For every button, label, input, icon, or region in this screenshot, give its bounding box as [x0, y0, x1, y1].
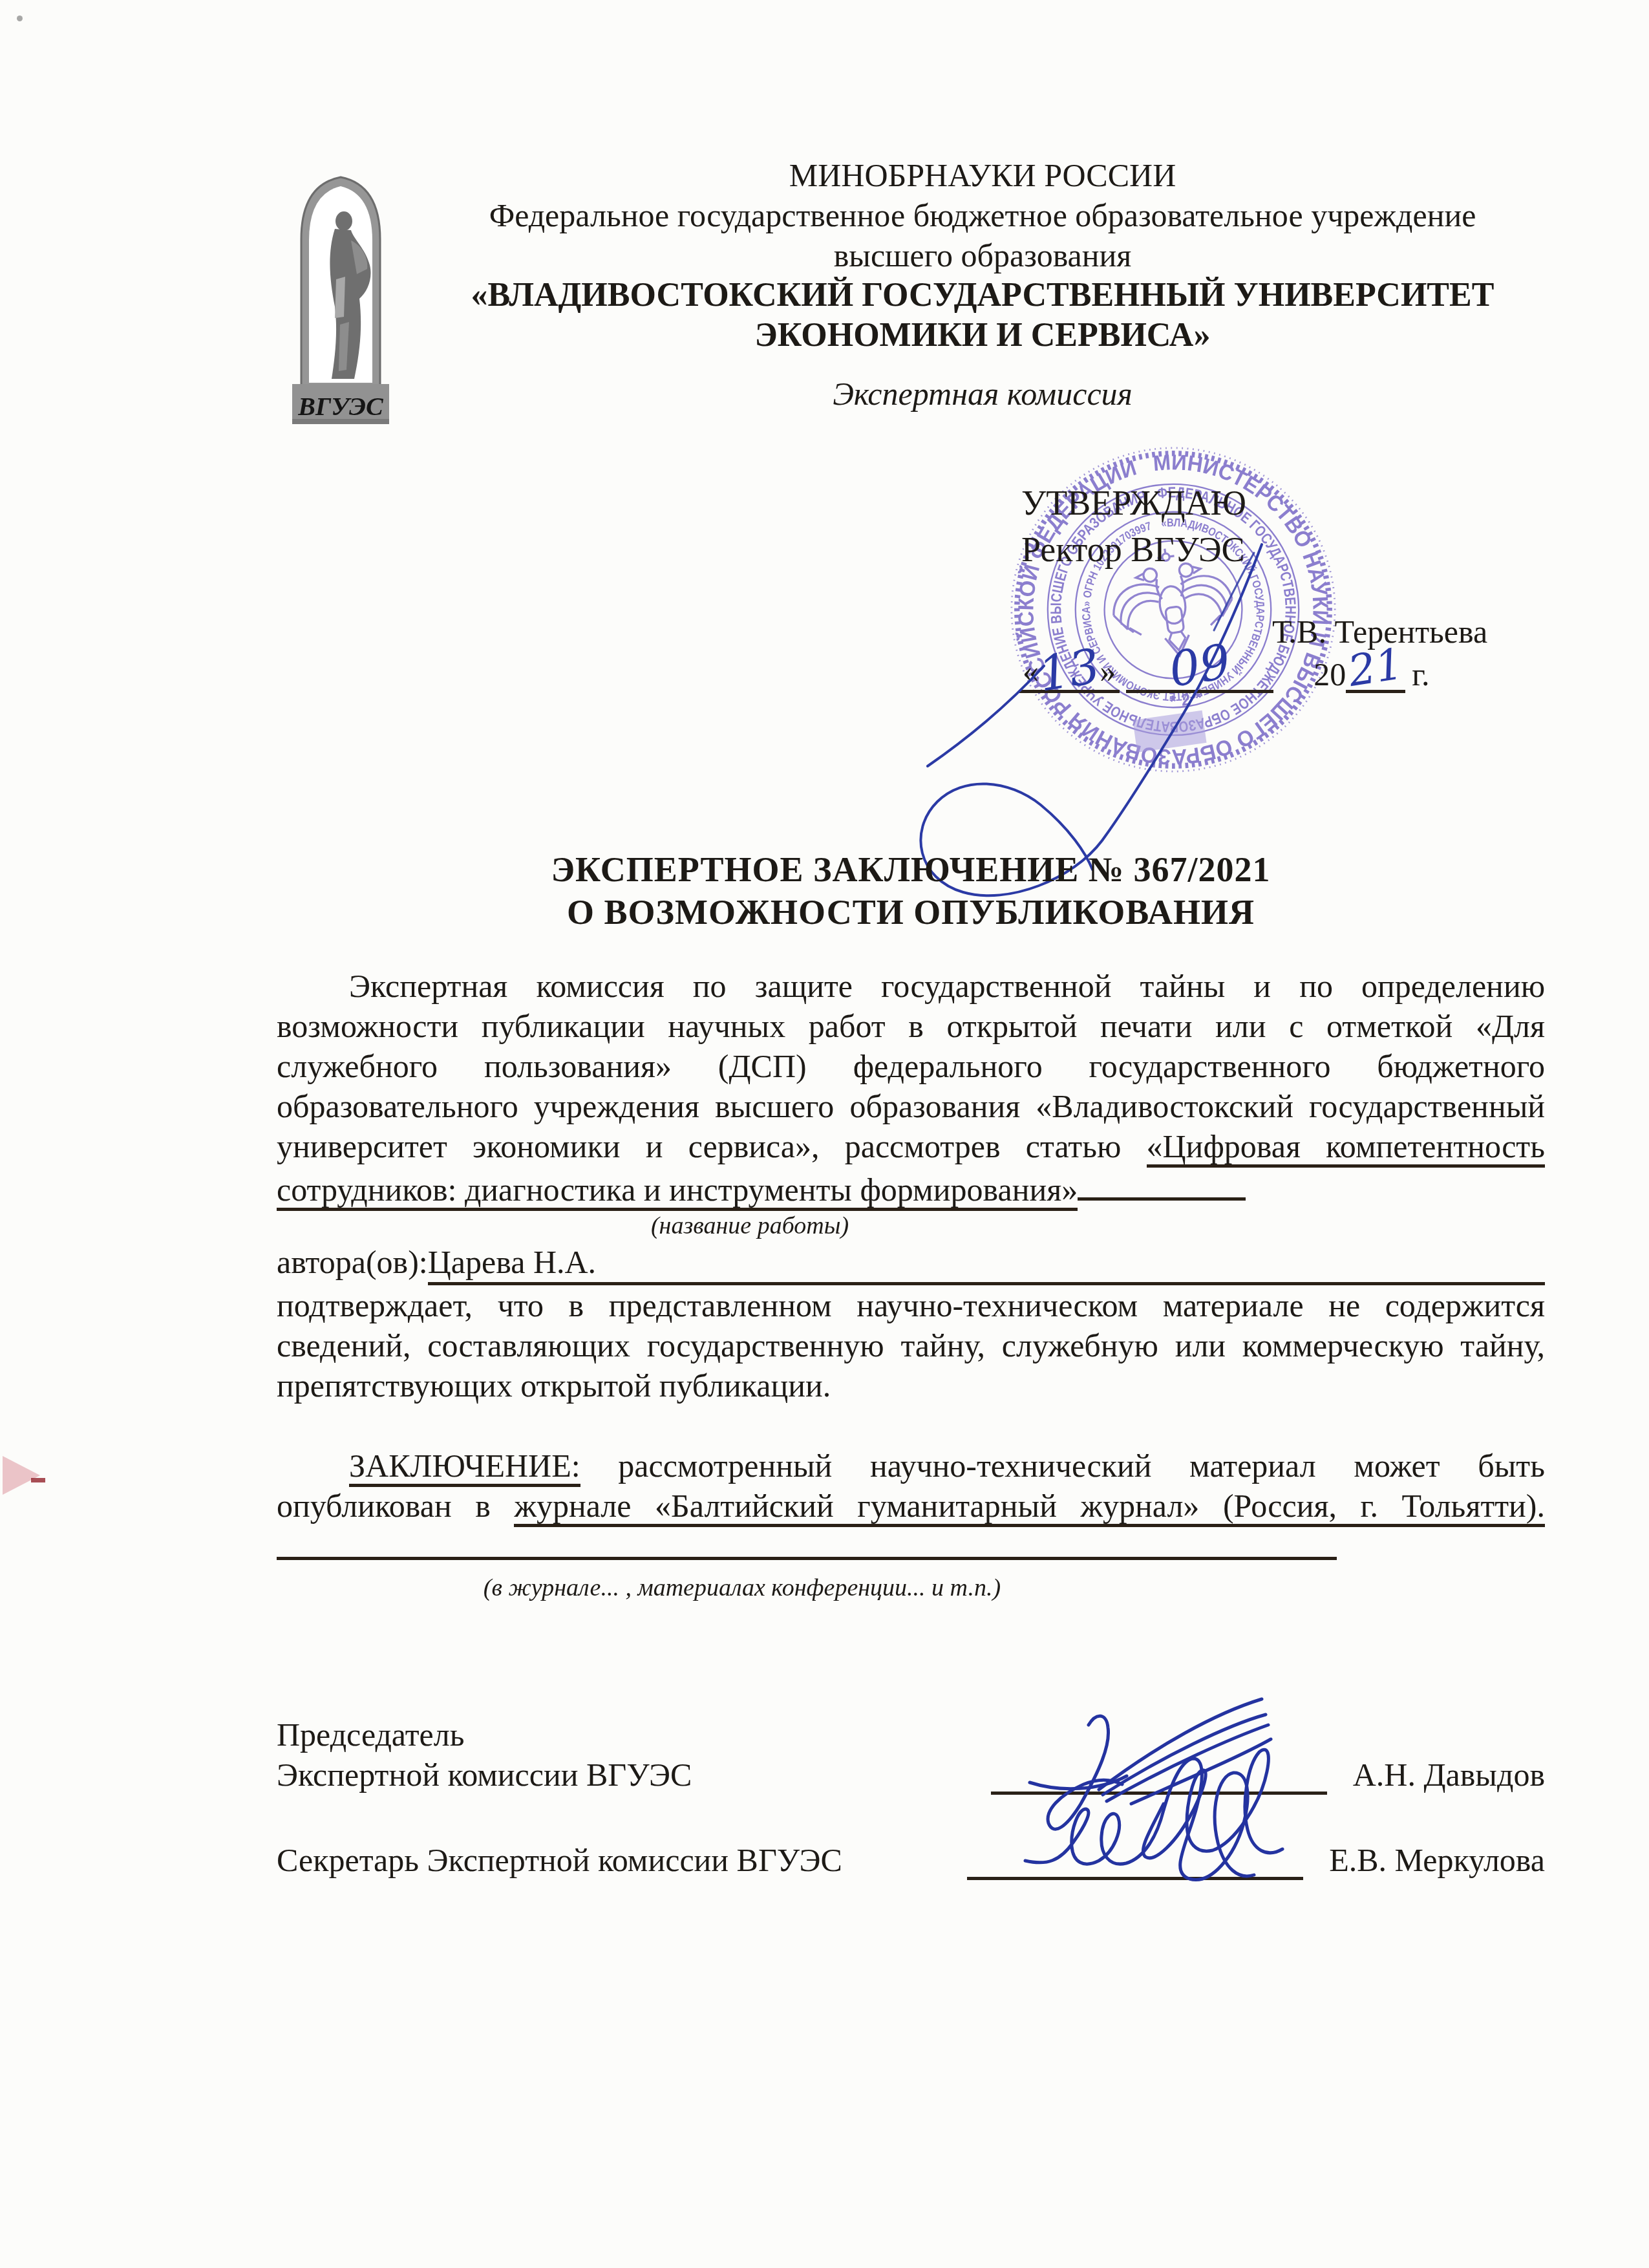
conclusion-blank-underline [277, 1526, 1337, 1560]
secretary-title: Секретарь Экспертной комиссии ВГУЭС [277, 1840, 842, 1880]
approval-label: УТВЕРЖДАЮ [1021, 480, 1246, 526]
conclusion-venue-underlined: журнале «Балтийский гуманитарный журнал»… [514, 1488, 1545, 1527]
conclusion-label-underlined: ЗАКЛЮЧЕНИЕ: [349, 1448, 580, 1487]
signature-footer: Председатель Экспертной комиссии ВГУЭС А… [277, 1715, 1545, 1880]
title-line2: О ВОЗМОЖНОСТИ ОПУБЛИКОВАНИЯ [277, 891, 1545, 934]
institution-line2: высшего образования [349, 235, 1616, 275]
authors-row: автора(ов): Царева Н.А. [277, 1242, 1545, 1285]
university-name-line2: ЭКОНОМИКИ И СЕРВИСА» [349, 316, 1616, 356]
authors-blank-underline [596, 1242, 1545, 1285]
approver-title: Ректор ВГУЭС [1021, 526, 1246, 573]
scan-speck [17, 16, 23, 21]
secretary-signature-line [967, 1840, 1303, 1880]
handwritten-month: 09 [1167, 642, 1233, 690]
authors-name-underlined: Царева Н.А. [428, 1242, 596, 1285]
authors-label: автора(ов): [277, 1242, 428, 1285]
paragraph-conclusion: ЗАКЛЮЧЕНИЕ: рассмотренный научно-техниче… [277, 1446, 1545, 1569]
paragraph-expert-commission: Экспертная комиссия по защите государств… [277, 966, 1545, 1210]
document-title: ЭКСПЕРТНОЕ ЗАКЛЮЧЕНИЕ № 367/2021 О ВОЗМО… [277, 848, 1545, 934]
document-body: Экспертная комиссия по защите государств… [277, 966, 1545, 1604]
year-print: 20 [1314, 656, 1346, 693]
university-name-line1: «ВЛАДИВОСТОКСКИЙ ГОСУДАРСТВЕННЫЙ УНИВЕРС… [349, 275, 1616, 316]
chairman-name: А.Н. Давыдов [1353, 1755, 1545, 1795]
document-page: ВГУЭС МИНОБРНАУКИ РОССИИ Федеральное гос… [0, 0, 1649, 2268]
chairman-title-line2: Экспертной комиссии ВГУЭС [277, 1755, 692, 1795]
handwritten-day: 13 [1036, 647, 1102, 694]
blank-underline-extension [1078, 1166, 1246, 1201]
paragraph-confirmation: подтверждает, что в представленном научн… [277, 1285, 1545, 1406]
approval-date-line: « 13 » 09 20 21 г. [1019, 648, 1430, 693]
work-title-caption: (название работы) [277, 1210, 1223, 1242]
scan-artifact-pink [3, 1456, 40, 1495]
chairman-signature-line [991, 1755, 1327, 1795]
secretary-signature-row: Секретарь Экспертной комиссии ВГУЭС Е.В.… [277, 1840, 1545, 1880]
venue-caption: (в журнале... , материалах конференции..… [277, 1572, 1207, 1604]
chairman-title-line1: Председатель [277, 1715, 1545, 1755]
year-suffix: г. [1412, 656, 1429, 693]
handwritten-year: 21 [1346, 645, 1405, 691]
approval-block: УТВЕРЖДАЮ Ректор ВГУЭС [1021, 480, 1246, 573]
date-month-line: 09 [1126, 647, 1273, 693]
ministry-line: МИНОБРНАУКИ РОССИИ [349, 155, 1616, 195]
document-header: МИНОБРНАУКИ РОССИИ Федеральное государст… [349, 155, 1616, 414]
secretary-name: Е.В. Меркулова [1329, 1840, 1545, 1880]
date-day-group: « 13 » [1019, 651, 1120, 693]
scan-artifact-dash [31, 1478, 45, 1482]
title-line1: ЭКСПЕРТНОЕ ЗАКЛЮЧЕНИЕ № 367/2021 [277, 848, 1545, 891]
commission-line: Экспертная комиссия [349, 374, 1616, 414]
chairman-signature-row: Экспертной комиссии ВГУЭС А.Н. Давыдов [277, 1755, 1545, 1795]
date-year-group: 20 21 г. [1314, 648, 1429, 693]
institution-line1: Федеральное государственное бюджетное об… [349, 195, 1616, 235]
